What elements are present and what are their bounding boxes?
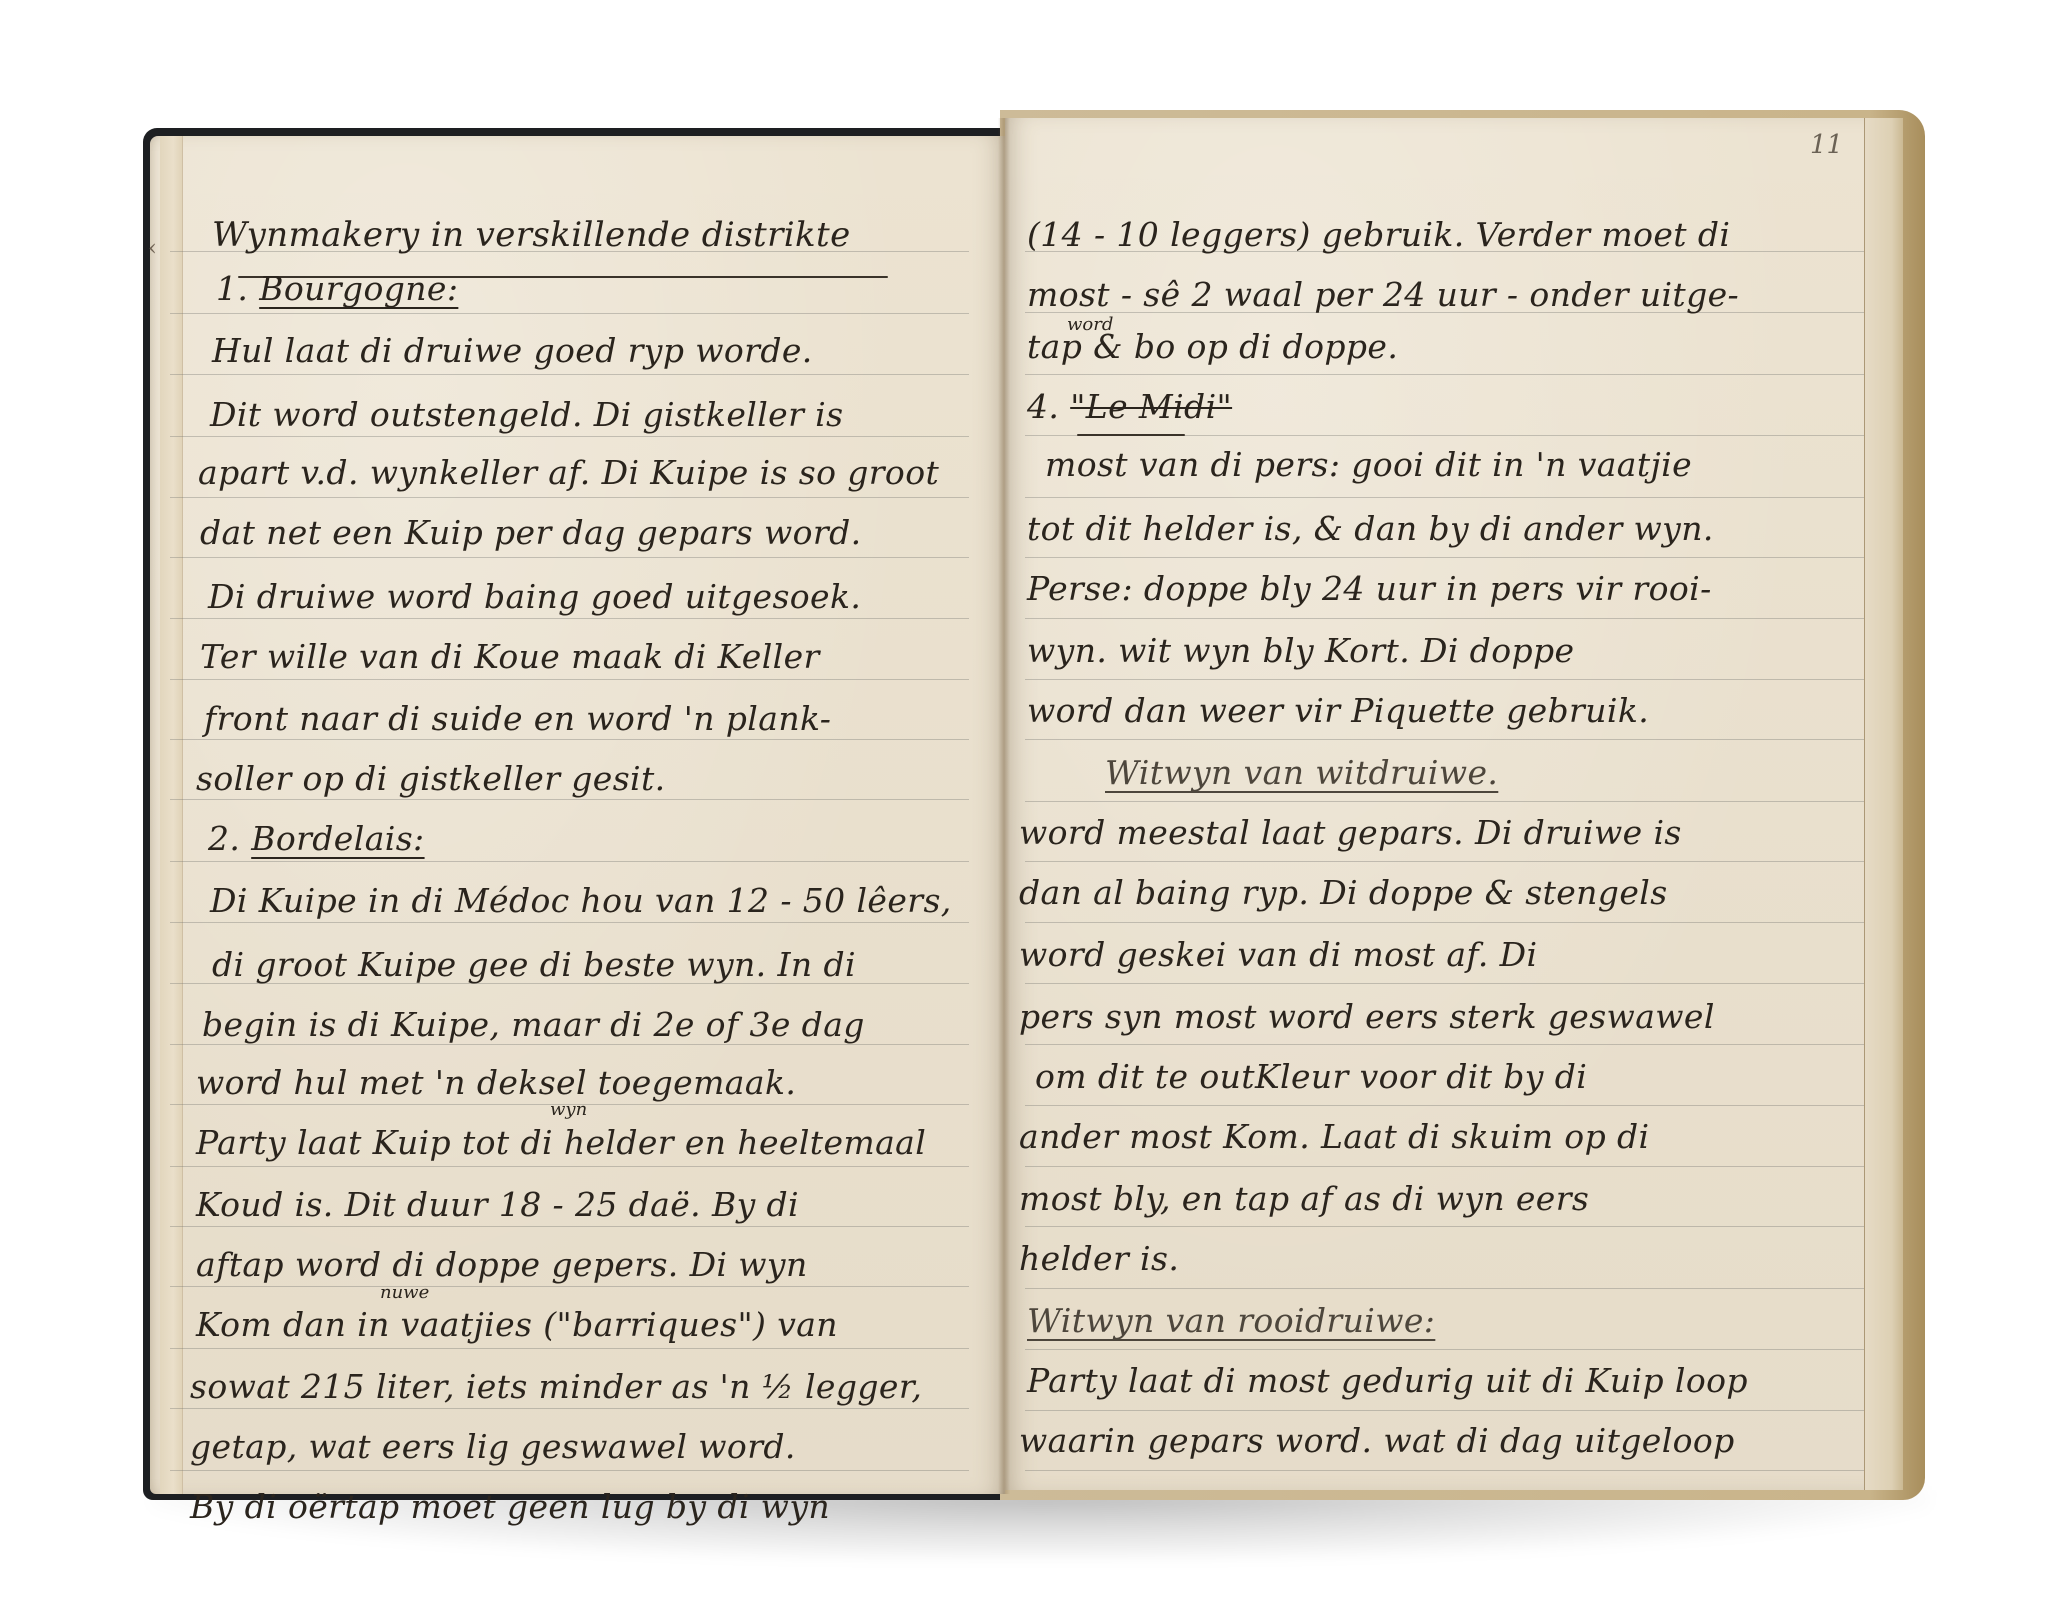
text-line: tap & bo op di doppe. [1027, 330, 1398, 363]
text-line: word meestal laat gepars. Di druiwe is [1019, 816, 1682, 849]
text-line: Kom dan in vaatjies ("barriques") van [196, 1308, 838, 1341]
notebook-photo: ‹ Wynmakery in verskillende distrikte 1.… [0, 0, 2048, 1617]
text-line: By di oërtap moet geen lug by di wyn [190, 1490, 830, 1523]
text-line: ander most Kom. Laat di skuim op di [1019, 1120, 1649, 1153]
interlinear-insertion: wyn [550, 1099, 587, 1120]
text-line: Dit word outstengeld. Di gistkeller is [210, 398, 843, 431]
text-line: word dan weer vir Piquette gebruik. [1027, 694, 1649, 727]
text-line: helder is. [1019, 1242, 1179, 1275]
text-line: Hul laat di druiwe goed ryp worde. [212, 334, 813, 367]
interlinear-insertion: nuwe [380, 1282, 429, 1303]
section-heading-le-midi: 4. "Le Midi" [1027, 390, 1232, 423]
text-line: Di Kuipe in di Médoc hou van 12 - 50 lêe… [210, 884, 952, 917]
page-gutter [998, 118, 1010, 1494]
text-line: dan al baing ryp. Di doppe & stengels [1019, 876, 1668, 909]
text-line: Perse: doppe bly 24 uur in pers vir rooi… [1027, 572, 1712, 605]
page-number: 11 [1810, 130, 1843, 160]
text-line: waarin gepars word. wat di dag uitgeloop [1019, 1424, 1735, 1457]
text-line: getap, wat eers lig geswawel word. [190, 1430, 796, 1463]
text-line: Ter wille van di Koue maak di Keller [200, 640, 820, 673]
text-line: Di druiwe word baing goed uitgesoek. [208, 580, 861, 613]
text-line: word hul met 'n deksel toegemaak. [196, 1066, 796, 1099]
text-line: sowat 215 liter, iets minder as 'n ½ leg… [190, 1370, 922, 1403]
text-line: dat net een Kuip per dag gepars word. [200, 516, 862, 549]
text-line: begin is di Kuipe, maar di 2e of 3e dag [202, 1008, 865, 1041]
text-line: word geskei van di most af. Di [1019, 938, 1537, 971]
text-line: Party laat di most gedurig uit di Kuip l… [1027, 1364, 1748, 1397]
text-line: soller op di gistkeller gesit. [196, 762, 666, 795]
text-line: pers syn most word eers sterk geswawel [1019, 1000, 1715, 1033]
text-line: tot dit helder is, & dan by di ander wyn… [1027, 512, 1714, 545]
text-line: aftap word di doppe gepers. Di wyn [196, 1248, 808, 1281]
text-line: Koud is. Dit duur 18 - 25 daë. By di [196, 1188, 799, 1221]
page-title: Wynmakery in verskillende distrikte [212, 218, 851, 252]
section-heading-witwyn-van-witdruiwe: Witwyn van witdruiwe. [1105, 756, 1498, 789]
left-page: ‹ Wynmakery in verskillende distrikte 1.… [150, 136, 1005, 1494]
section-heading-bordelais: 2. Bordelais: [208, 822, 425, 855]
text-line: Party laat Kuip tot di helder en heeltem… [196, 1126, 926, 1159]
heading-underline [1077, 434, 1185, 436]
right-page: 11 (14 - 10 leggers) gebruik. Verder moe… [1005, 118, 1903, 1490]
text-line: om dit te outKleur voor dit by di [1035, 1060, 1587, 1093]
section-heading-bourgogne: 1. Bourgogne: [216, 272, 458, 305]
text-line: (14 - 10 leggers) gebruik. Verder moet d… [1027, 218, 1730, 251]
text-line: di groot Kuipe gee di beste wyn. In di [212, 948, 856, 981]
text-line: most van di pers: gooi dit in 'n vaatjie [1045, 448, 1692, 481]
ruled-lines [1005, 118, 1903, 1490]
section-heading-witwyn-van-rooidruiwe: Witwyn van rooidruiwe: [1027, 1304, 1435, 1337]
text-line: most - sê 2 waal per 24 uur - onder uitg… [1027, 278, 1739, 311]
text-line: most bly, en tap af as di wyn eers [1019, 1182, 1589, 1215]
margin-mark: ‹ [148, 236, 157, 261]
text-line: front naar di suide en word 'n plank- [204, 702, 831, 735]
text-line: wyn. wit wyn bly Kort. Di doppe [1027, 634, 1574, 667]
text-line: apart v.d. wynkeller af. Di Kuipe is so … [198, 456, 939, 489]
